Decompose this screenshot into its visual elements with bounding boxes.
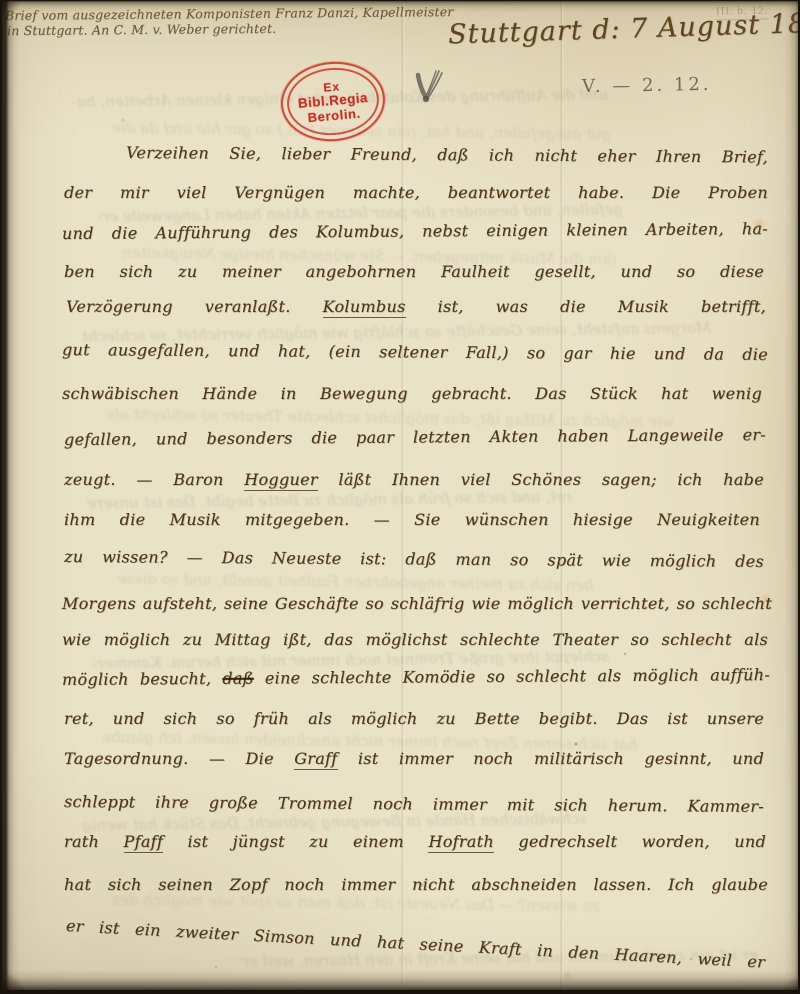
letter-line-6: gut ausgefallen, und hat, (ein seltener … [62,339,768,366]
letter-line-17: schleppt ihre große Trommel noch immer m… [64,791,764,818]
letter-line-4: ben sich zu meiner angebohrnen Faulheit … [64,261,764,283]
corner-pencil-mark: III. b. 12. [716,5,769,21]
stamp-line-3: Berolin. [307,106,361,125]
letter-line-2: der mir viel Vergnügen machte, beantwort… [64,182,768,204]
library-stamp: Ex Bibl.Regia Berolin. [278,58,388,146]
archival-note-line-2: in Stuttgart. An C. M. v. Weber gerichte… [7,21,276,38]
letter-line-5: Verzögerung veranlaßt. Kolumbus ist, was… [66,296,766,318]
underlined-word-pfaff: Pfaff [124,832,164,853]
library-stamp-border: Ex Bibl.Regia Berolin. [284,64,381,139]
underlined-word-hogguer: Hogguer [244,470,318,491]
struck-word: daß [222,669,254,688]
letter-line-7: schwäbischen Hände in Bewegung gebracht.… [62,383,762,405]
letter-line-3: und die Aufführung des Kolumbus, nebst e… [62,218,768,245]
underlined-word-graff: Graff [294,749,337,770]
letter-line-15: ret, und sich so früh als möglich zu Bet… [64,708,764,730]
letter-line-14: möglich besucht, daß eine schlechte Komö… [62,664,770,691]
letter-line-8: gefallen, und besonders die paar letzten… [64,424,766,451]
paper-sheet: und die Aufführung des Kolumbus, nebst e… [2,1,798,990]
bleedthrough-line: ben sich zu meiner angebohrnen Faulheit … [117,570,594,595]
archival-note-line-1: Brief vom ausgezeichneten Komponisten Fr… [5,4,454,23]
shelfmark: V. — 2. 12. [582,74,712,97]
letter-line-16: Tagesordnung. — Die Graff ist immer noch… [64,748,764,770]
letter-line-19: hat sich seinen Zopf noch immer nicht ab… [64,874,768,896]
scanned-letter-page: und die Aufführung des Kolumbus, nebst e… [0,0,800,994]
letter-line-18: rath Pfaff ist jüngst zu einem Hofrath g… [64,831,766,853]
underlined-word-kolumbus: Kolumbus [323,297,406,318]
letter-line-11: zu wissen? — Das Neueste ist: daß man so… [64,546,764,573]
letter-line-1: Verzeihen Sie, lieber Freund, daß ich ni… [126,142,768,168]
letter-line-13: wie möglich zu Mittag ißt, das möglichst… [62,629,768,651]
letter-line-20: er ist ein zweiter Simson und hat seine … [65,915,765,974]
letter-line-9: zeugt. — Baron Hogguer läßt Ihnen viel S… [64,469,764,491]
pencil-checkmark-mark [406,61,452,109]
letter-line-12: Morgens aufsteht, seine Geschäfte so sch… [62,593,772,615]
underlined-word-hofrath: Hofrath [428,832,494,853]
letter-line-10: ihm die Musik mitgegeben. — Sie wünschen… [64,509,760,531]
